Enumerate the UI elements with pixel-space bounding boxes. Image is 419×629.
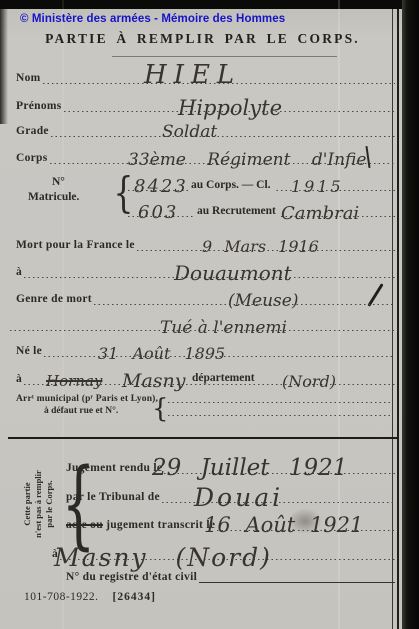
field-registre-label: N° du registre d'état civil (66, 571, 197, 584)
dotted-line (51, 133, 395, 137)
field-tribunal-value: Douai (194, 485, 283, 510)
field-ne-a-label: à (16, 373, 22, 386)
field-matricule-recrutement: 603 au Recrutement Cambrai (126, 198, 395, 218)
side-note-line2: n'est pas à remplir (33, 445, 44, 563)
form-section-title: PARTIE À REMPLIR PAR LE CORPS. (0, 31, 405, 47)
section-divider (8, 437, 398, 439)
field-matricule-label-line2: Matricule. (28, 191, 79, 203)
field-transcrit-a-value: Masny (Nord) (54, 545, 272, 570)
field-mort-a-value: Douaumont (174, 263, 292, 283)
field-corps-value: 33ème Régiment d'Infie (128, 152, 366, 169)
field-ne-a-crossed-out: Hornay (46, 374, 102, 389)
au-corps-label: au Corps. — Cl. (188, 179, 274, 192)
scan-left-shadow (0, 9, 8, 124)
field-matricule-label-line1: N° (52, 176, 65, 188)
arrt-label-line1: Arrᵗ municipal (pʳ Paris et Lyon), (16, 394, 158, 404)
field-corps-label: Corps (16, 152, 48, 165)
departement-value: (Nord) (282, 374, 336, 390)
field-ne-a-value: Masny (122, 372, 186, 391)
departement-label: département (192, 372, 255, 385)
field-ne-le-value: 31 Août 1895 (98, 346, 225, 362)
dotted-line (168, 401, 393, 403)
field-mort-le: Mort pour la France le 9 Mars 1916 (16, 232, 395, 252)
field-ne-le-label: Né le (16, 345, 42, 358)
field-prenoms-label: Prénoms (16, 100, 62, 113)
field-grade: Grade Soldat (16, 118, 395, 138)
field-jugement-rendu-value: 29 Juillet 1921 (152, 457, 347, 480)
arrt-brace: { (152, 394, 169, 424)
matricule-num-corps: 8423 (134, 178, 188, 196)
imprint: 101-708-1922.[26434] (24, 591, 156, 603)
imprint-ref: 101-708-1922. (24, 591, 99, 603)
field-grade-label: Grade (16, 125, 49, 138)
field-genre-mort-label: Genre de mort (16, 293, 92, 306)
field-corps: Corps 33ème Régiment d'Infie (16, 145, 395, 165)
imprint-bracket: [26434] (113, 591, 156, 603)
scanned-death-record: © Ministère des armées - Mémoire des Hom… (0, 0, 419, 629)
au-recrutement-label: au Recrutement (194, 205, 279, 218)
field-matricule-corps: 8423 au Corps. — Cl. 1915 (126, 172, 395, 192)
title-underline (112, 56, 337, 57)
field-prenoms: Prénoms Hippolyte (16, 93, 395, 113)
field-ne-le: Né le 31 Août 1895 (16, 338, 395, 358)
field-genre-mort-value: (Meuse) (228, 293, 298, 310)
field-grade-value: Soldat (162, 124, 217, 141)
field-transcrit: acte ou jugement transcrit le 16 Août 19… (66, 512, 395, 532)
matricule-recrutement-value: Cambrai (281, 205, 359, 223)
field-prenoms-value: Hippolyte (178, 98, 282, 119)
field-genre-mort: Genre de mort (Meuse) (16, 286, 395, 306)
matricule-classe: 1915 (291, 179, 344, 195)
field-genre-mort-line2: Tué à l'ennemi (10, 312, 395, 332)
page-edge-line (397, 9, 399, 629)
dotted-line (168, 414, 393, 416)
field-transcrit-a: à Masny (Nord) (52, 541, 395, 561)
field-tribunal: par le Tribunal de Douai (66, 484, 395, 504)
solid-line (199, 580, 395, 583)
field-genre-mort-value2: Tué à l'ennemi (160, 320, 287, 337)
field-nom: Nom HIEL (16, 65, 395, 85)
field-ne-a: à Hornay Masny département (Nord) (16, 366, 395, 386)
matricule-num-recrutement: 603 (138, 204, 178, 222)
side-note-line1: Cette partie (22, 445, 33, 563)
field-transcrit-value: 16 Août 1921 (204, 515, 363, 536)
field-mort-le-value: 9 Mars 1916 (202, 239, 319, 255)
field-nom-value: HIEL (144, 62, 241, 88)
field-mort-le-label: Mort pour la France le (16, 239, 135, 252)
field-transcrit-label: jugement transcrit le (103, 519, 215, 531)
field-nom-label: Nom (16, 72, 41, 85)
scan-right-edge (402, 0, 419, 629)
field-mort-a-label: à (16, 266, 22, 279)
field-jugement-rendu: Jugement rendu le 29 Juillet 1921 (66, 455, 395, 475)
field-mort-a: à Douaumont (16, 259, 395, 279)
matricule-brace: { (113, 168, 133, 217)
copyright-watermark: © Ministère des armées - Mémoire des Hom… (20, 13, 285, 25)
arrt-label-line2: à défaut rue et N°. (44, 406, 118, 416)
